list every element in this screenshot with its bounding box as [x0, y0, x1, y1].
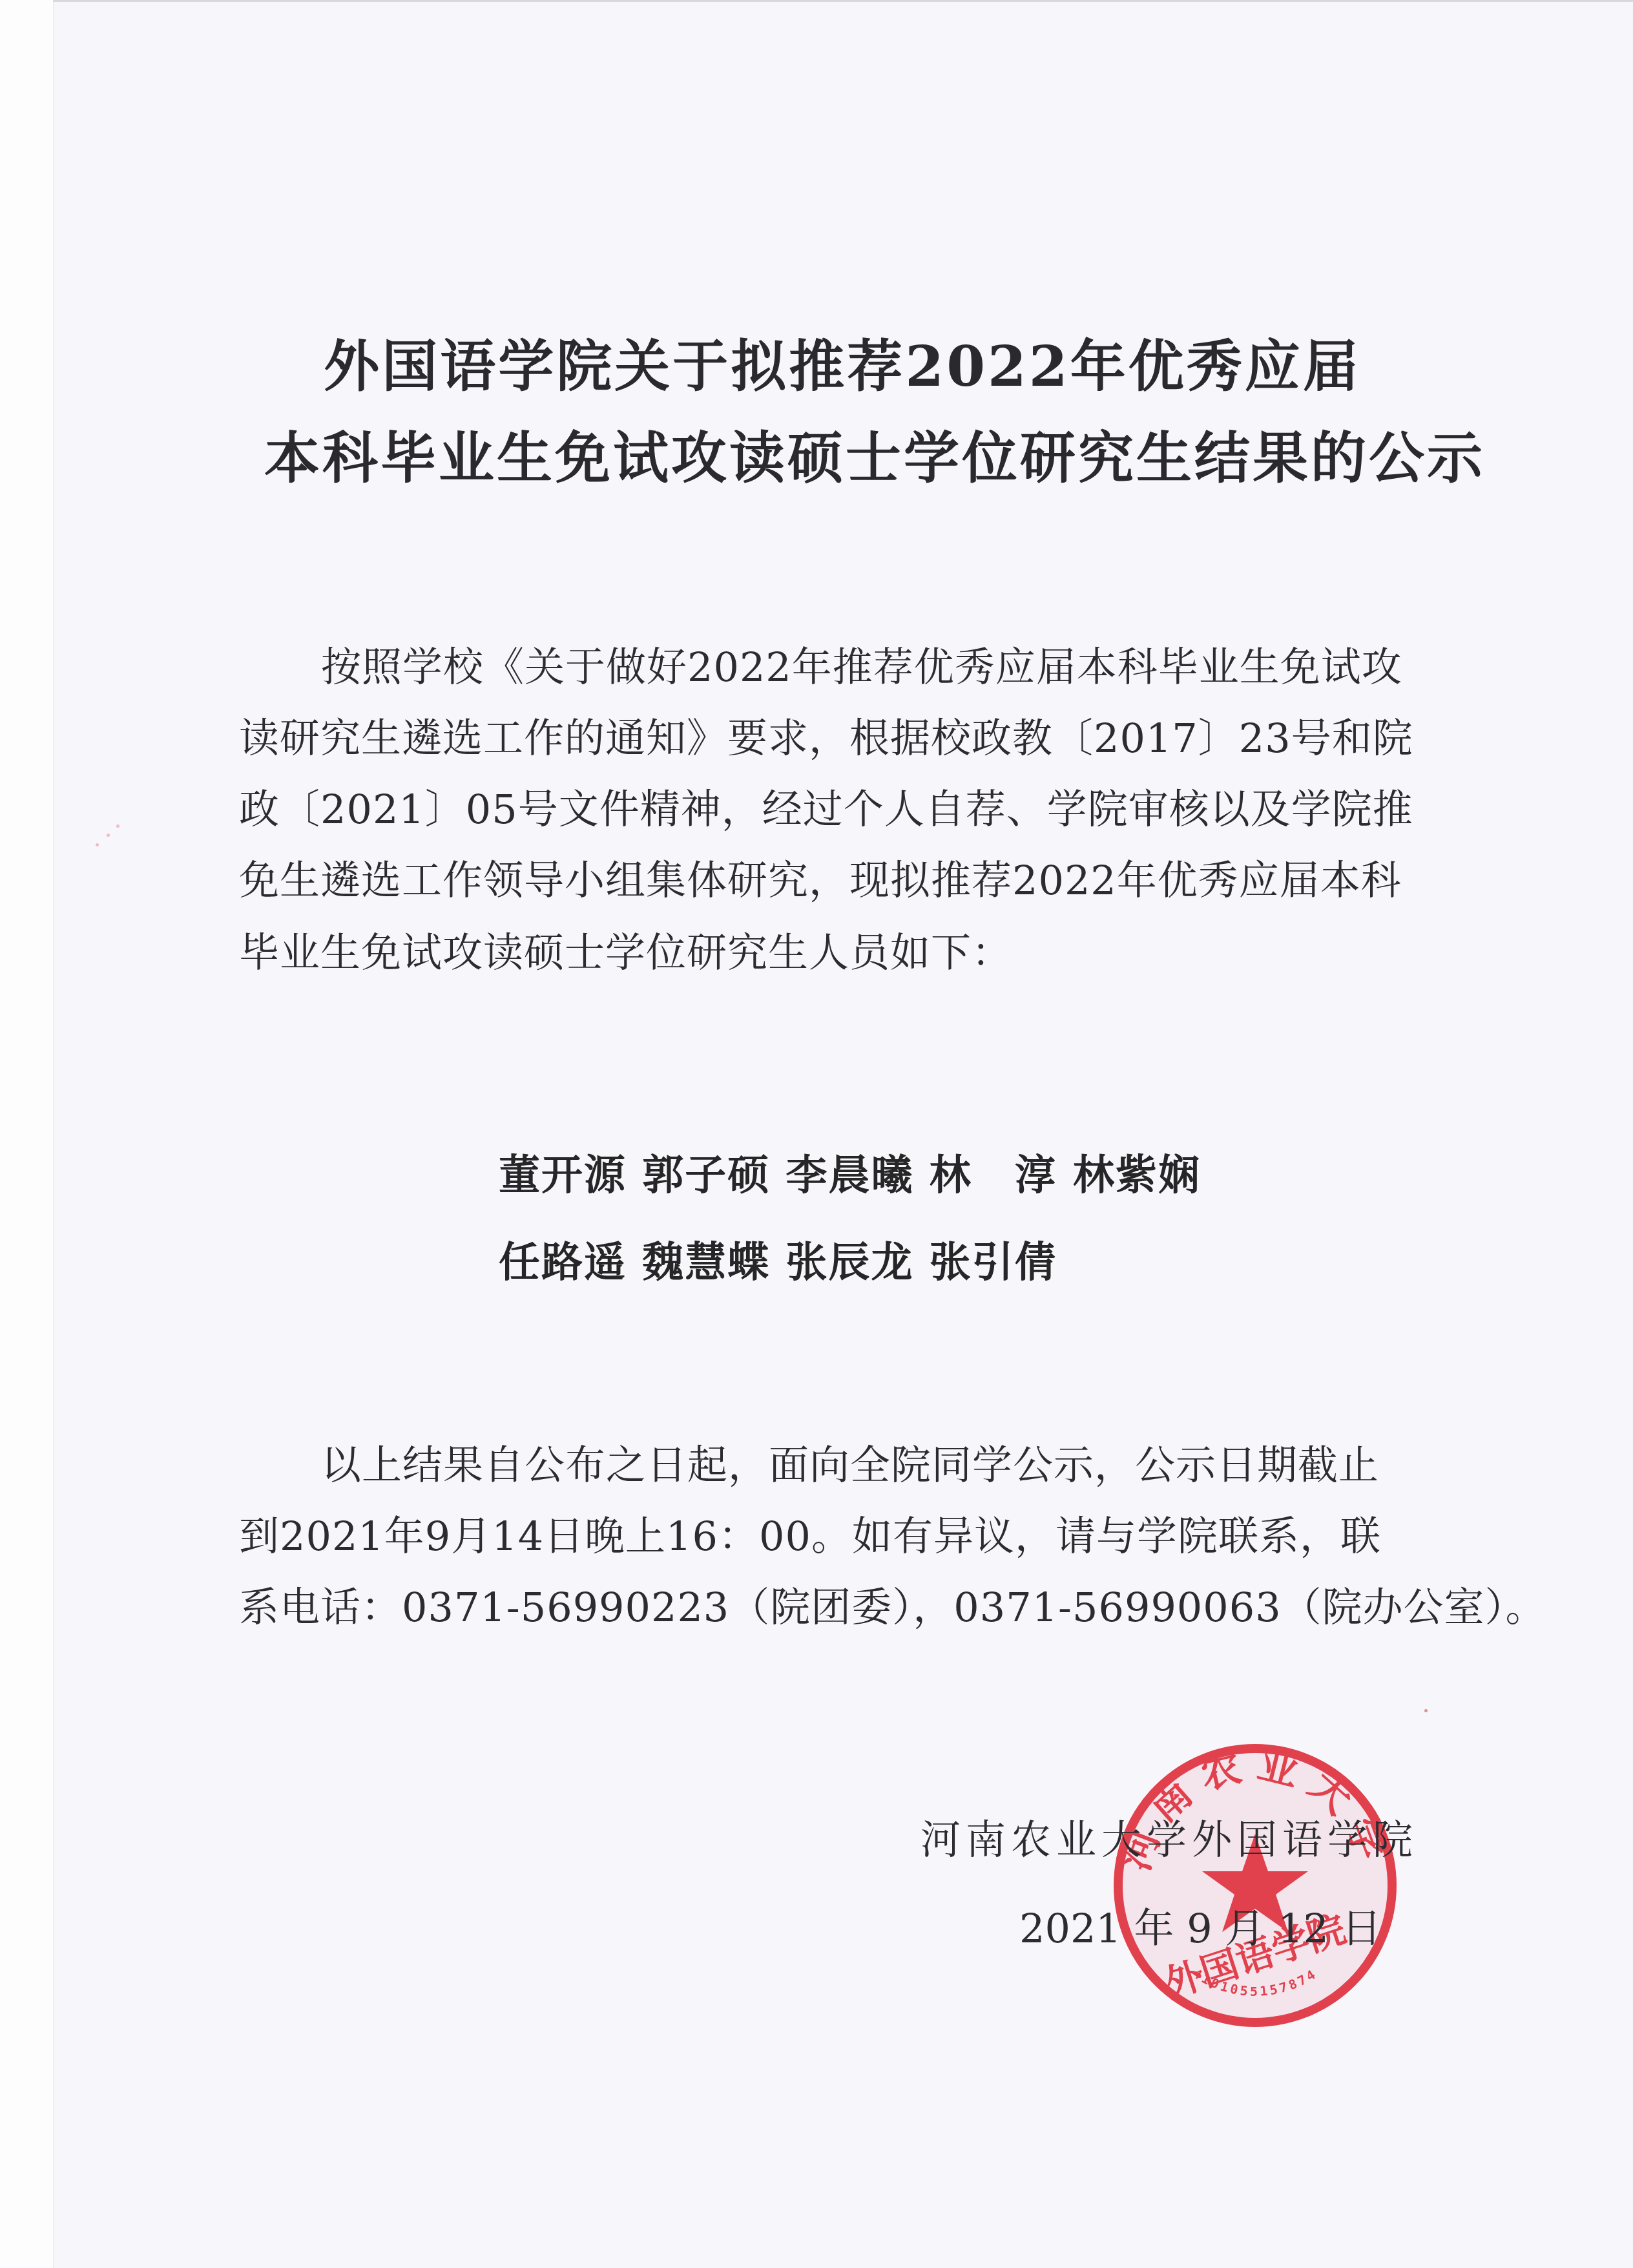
paragraph-notice-line: 到2021年9月14日晚上16：00。如有异议，请与学院联系，联 [239, 1501, 1381, 1572]
paragraph-intro-line: 政〔2021〕05号文件精神，经过个人自荐、学院审核以及学院推 [239, 774, 1413, 845]
scan-speck [1424, 1709, 1428, 1712]
student-names-row: 董开源 郭子硕 李晨曦 林 淳 林紫娴 [499, 1132, 1201, 1219]
paragraph-intro-line: 毕业生免试攻读硕士学位研究生人员如下： [239, 918, 1012, 989]
seal-graphic: 河南农业大学 外国语学院 4101055157874 [1107, 1737, 1404, 2034]
document-title-line-1: 外国语学院关于拟推荐2022年优秀应届 [0, 335, 1633, 399]
scan-speck [96, 843, 99, 846]
signature-organization: 河南农业大学外国语学院 [921, 1814, 1418, 1866]
paragraph-intro-line: 读研究生遴选工作的通知》要求，根据校政教〔2017〕23号和院 [239, 703, 1413, 774]
paragraph-notice-line: 以上结果自公布之日起，面向全院同学公示，公示日期截止 [321, 1430, 1379, 1501]
student-names-row: 任路遥 魏慧蝶 张辰龙 张引倩 [499, 1219, 1057, 1307]
signature-date: 2021 年 9 月 12 日 [1019, 1903, 1382, 1955]
document-title-line-2: 本科毕业生免试攻读硕士学位研究生结果的公示 [0, 426, 1633, 491]
official-seal: 河南农业大学 外国语学院 4101055157874 [1107, 1737, 1404, 2034]
paragraph-notice-line: 系电话：0371-56990223（院团委），0371-56990063（院办公… [239, 1572, 1546, 1643]
paragraph-intro-line: 按照学校《关于做好2022年推荐优秀应届本科毕业生免试攻 [321, 632, 1402, 703]
scan-speck [116, 824, 120, 828]
paragraph-intro-line: 免生遴选工作领导小组集体研究，现拟推荐2022年优秀应届本科 [239, 845, 1402, 916]
scan-speck [107, 834, 110, 837]
